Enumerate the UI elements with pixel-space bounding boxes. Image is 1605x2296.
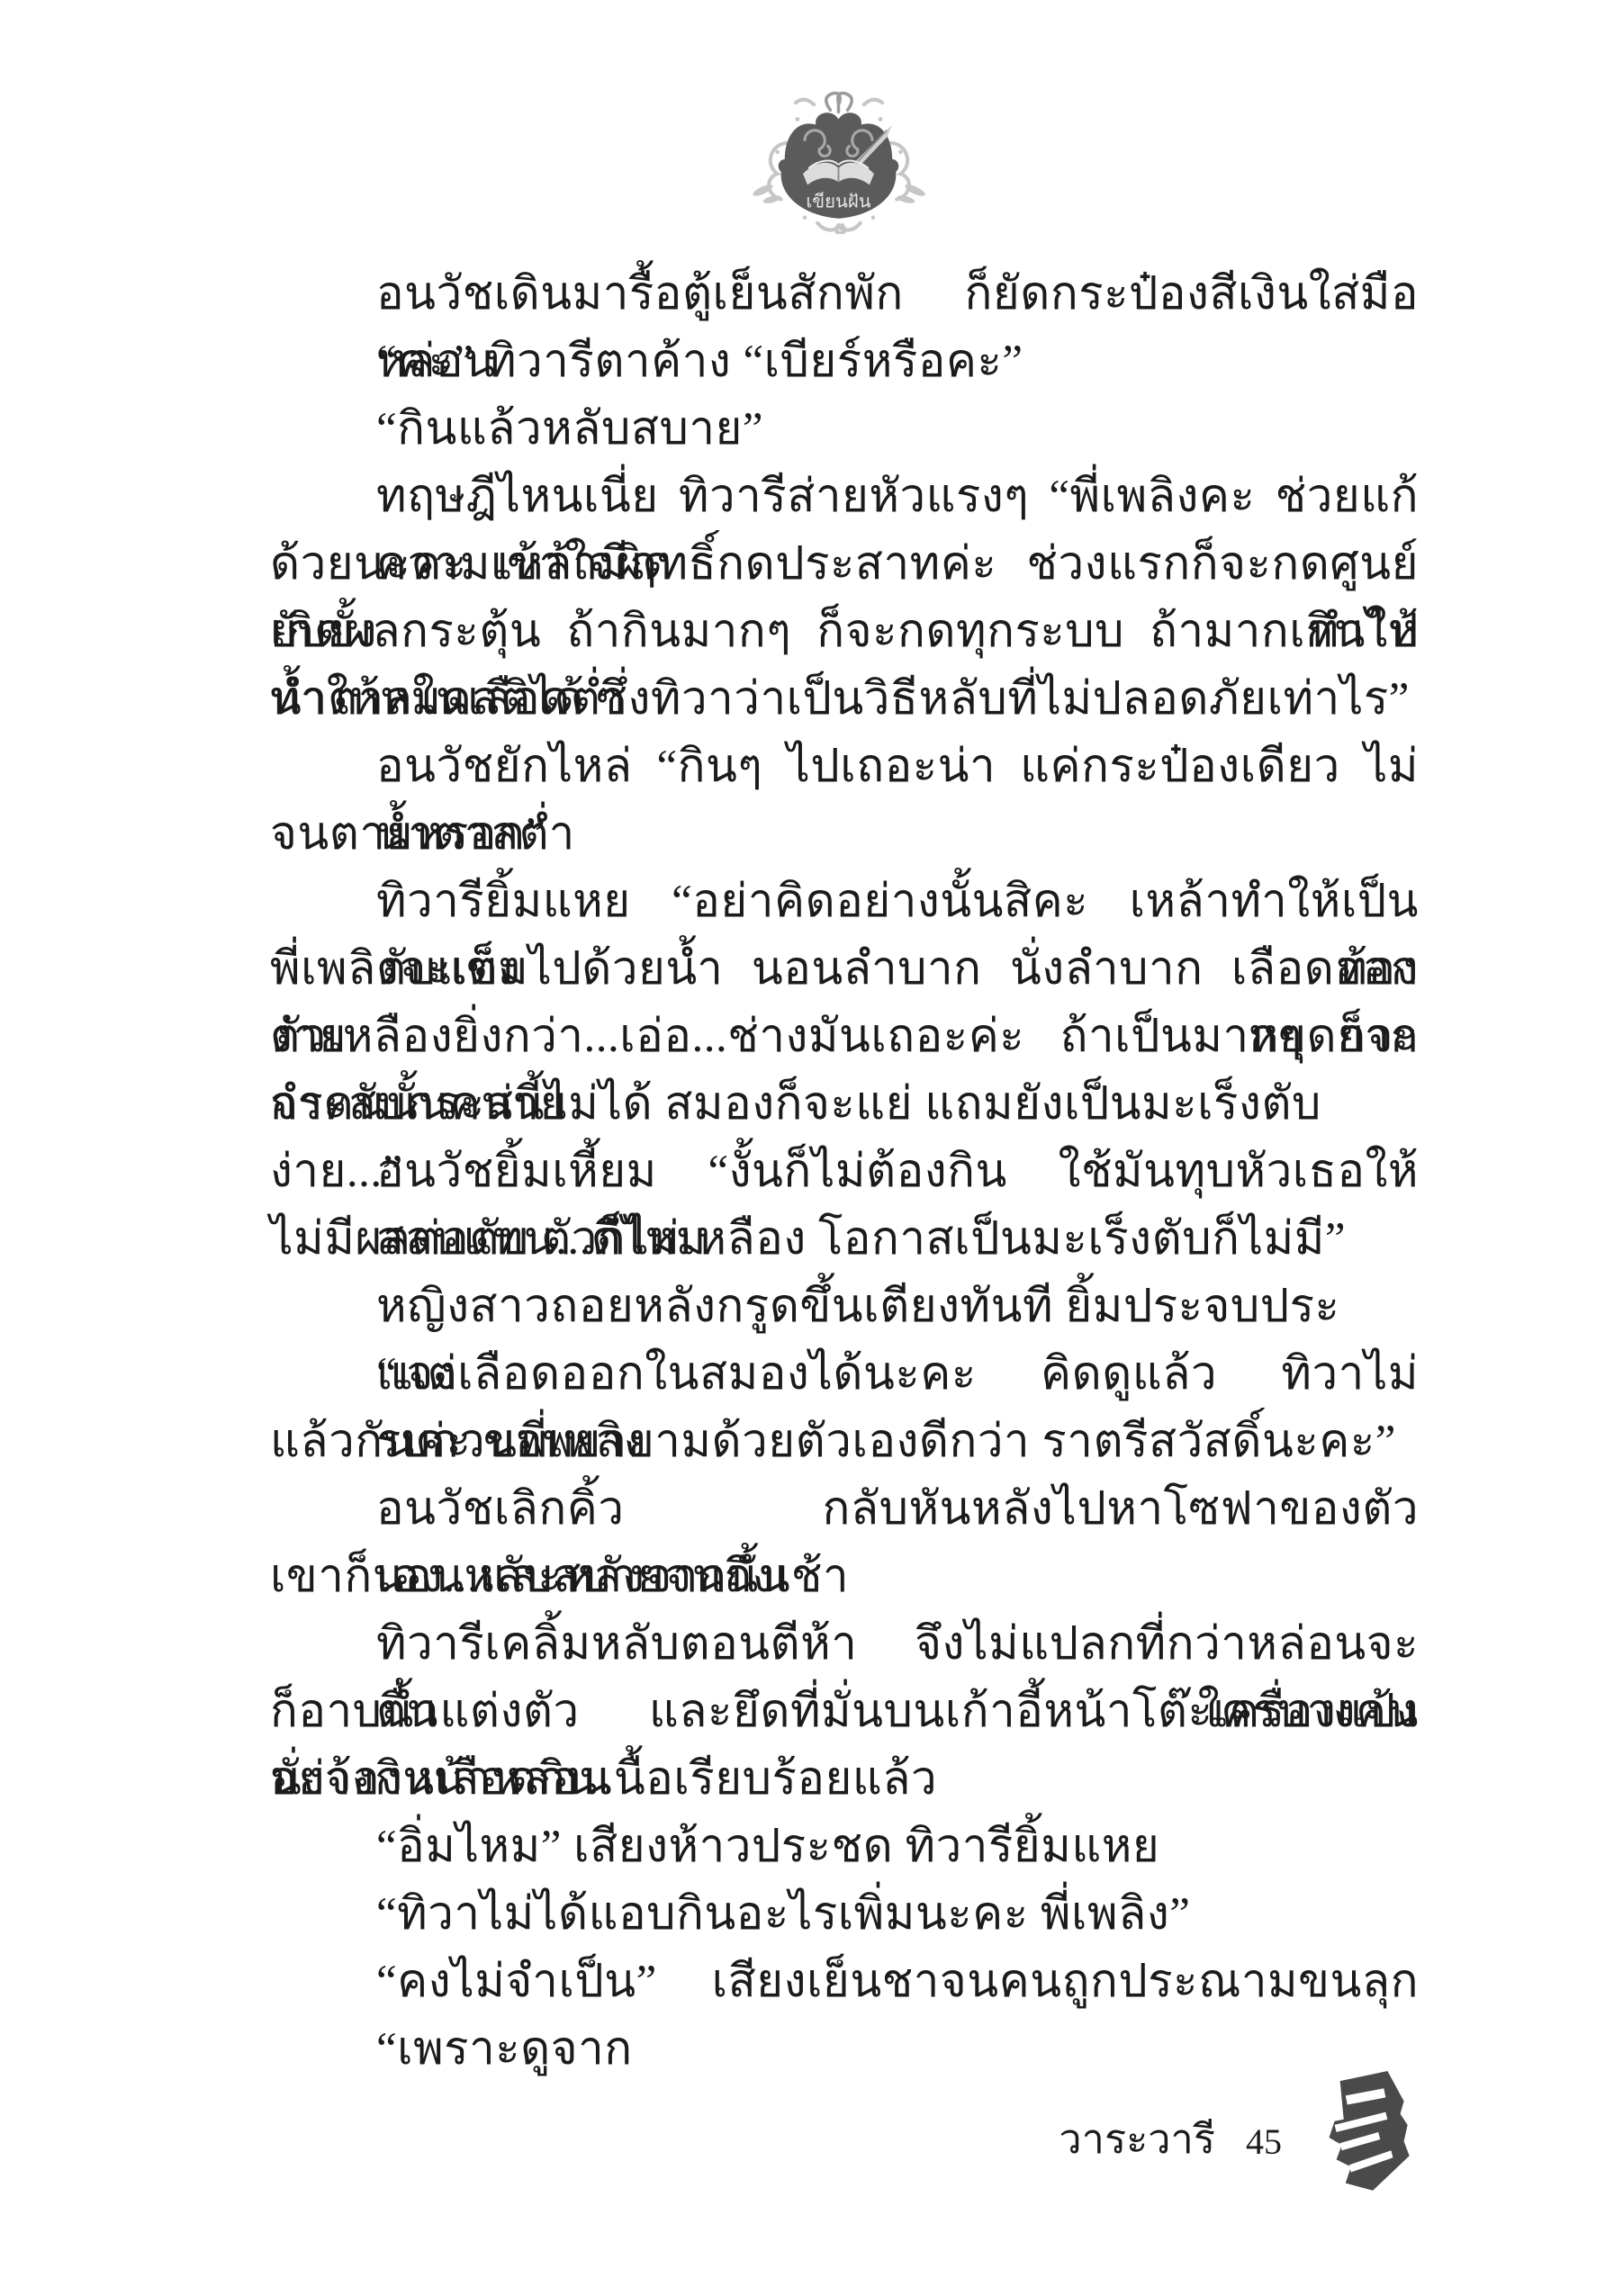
text-line: เขาก็นอนหลับสบายจนถึงเช้า: [270, 1544, 1419, 1611]
text-line: อย่างกินเลือดกินเนื้อเรียบร้อยแล้ว: [270, 1746, 1419, 1814]
running-title: วาระวารี: [1015, 2113, 1215, 2165]
text-line: ตัวเหลืองยิ่งกว่า...เอ่อ...ช่างมันเถอะค่…: [270, 1004, 1419, 1071]
text-line: เกิดผลกระตุ้น ถ้ากินมากๆ ก็จะกดทุกระบบ ถ…: [270, 599, 1419, 666]
text-line: อนวัชยักไหล่ “กินๆ ไปเถอะน่า แค่กระป๋องเ…: [270, 734, 1419, 801]
book-page: เขียนฝัน อนวัชเดินมารื้อตู้เย็นสักพัก ก็…: [0, 0, 1605, 2296]
text-line: แล้วกันค่ะ ขอพยายามด้วยตัวเองดีกว่า ราตร…: [270, 1409, 1419, 1476]
text-line: ไม่มีผลต่อตับ ตัวก็ไม่เหลือง โอกาสเป็นมะ…: [270, 1206, 1419, 1274]
text-line: อนวัชยิ้มเหี้ยม “งั้นก็ไม่ต้องกิน ใช้มัน…: [270, 1139, 1419, 1206]
text-line: อนวัชเดินมารื้อตู้เย็นสักพัก ก็ยัดกระป๋อ…: [270, 261, 1419, 329]
book-stack-icon: [1312, 2068, 1415, 2205]
text-line: “แต่เลือดออกในสมองได้นะคะ คิดดูแล้ว ทิวา…: [270, 1341, 1419, 1409]
text-line: “คงไม่จำเป็น” เสียงเย็นชาจนคนถูกประณามขน…: [270, 1949, 1419, 2016]
text-line: หญิงสาวถอยหลังกรูดขึ้นเตียงทันที ยิ้มประ…: [270, 1274, 1419, 1341]
text-line: จำคนนั้นคนนี้ไม่ได้ สมองก็จะแย่ แถมยังเป…: [270, 1071, 1419, 1139]
publisher-logo: เขียนฝัน: [750, 88, 928, 234]
publisher-emblem-icon: เขียนฝัน: [750, 88, 928, 234]
text-line: ทำให้หมดสติได้ ซึ่งทิวาว่าเป็นวิธีหลับที…: [270, 666, 1419, 734]
text-line: อนวัชเลิกคิ้ว กลับหันหลังไปหาโซฟาของตัวเ…: [270, 1476, 1419, 1544]
text-line: “คะ” ทิวารีตาค้าง “เบียร์หรือคะ”: [270, 329, 1419, 396]
text-line: ก็อาบน้ำแต่งตัว และยึดที่มั่นบนเก้าอี้หน…: [270, 1679, 1419, 1746]
text-line: ด้วยนะคะ เหล้ามีฤทธิ์กดประสาทค่ะ ช่วงแรก…: [270, 531, 1419, 599]
text-line: “ทิวาไม่ได้แอบกินอะไรเพิ่มนะคะ พี่เพลิง”: [270, 1881, 1419, 1949]
story-text: อนวัชเดินมารื้อตู้เย็นสักพัก ก็ยัดกระป๋อ…: [270, 261, 1419, 2016]
text-line: พี่เพลิงจะเต็มไปด้วยน้ำ นอนลำบาก นั่งลำบ…: [270, 936, 1419, 1004]
publisher-logo-text: เขียนฝัน: [806, 192, 870, 212]
text-line: ทิวารีเคลิ้มหลับตอนตีห้า จึงไม่แปลกที่กว…: [270, 1611, 1419, 1679]
text-line: “อิ่มไหม” เสียงห้าวประชด ทิวารียิ้มแหย: [270, 1814, 1419, 1881]
text-line: จนตายหรอก”: [270, 801, 1419, 869]
page-number: 45: [1246, 2119, 1282, 2165]
text-line: “กินแล้วหลับสบาย”: [270, 396, 1419, 464]
text-line: ทิวารียิ้มแหย “อย่าคิดอย่างนั้นสิคะ เหล้…: [270, 869, 1419, 936]
text-line: ทฤษฎีไหนเนี่ย ทิวารีส่ายหัวแรงๆ “พี่เพลิ…: [270, 464, 1419, 531]
